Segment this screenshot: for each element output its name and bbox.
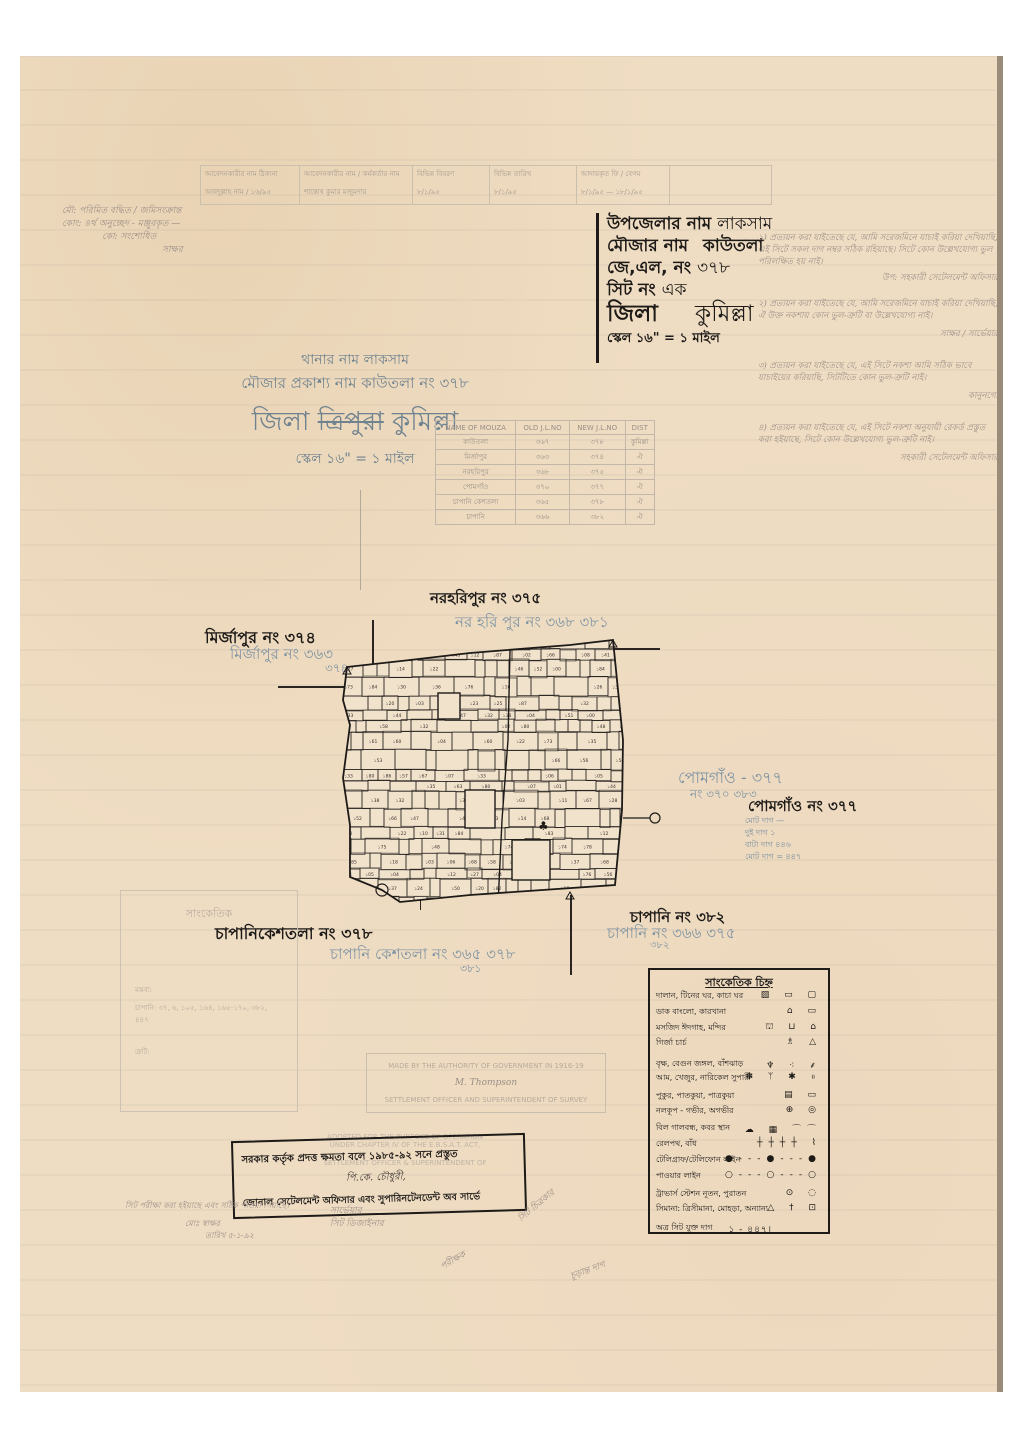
east-plot-notes: মোট দাগ — দুই দাগ ১ বাটা দাগ ৪৪৬ মোট দাগ…	[745, 815, 801, 863]
svg-text:১22: ১22	[430, 667, 439, 673]
svg-text:১37: ১37	[612, 685, 621, 691]
svg-text:১07: ১07	[527, 784, 536, 790]
svg-text:১32: ১32	[396, 798, 405, 804]
svg-text:১80: ১80	[482, 784, 491, 790]
mouza-table-cell: চাপানি	[436, 510, 516, 525]
svg-text:১38: ১38	[371, 798, 380, 804]
svg-text:১08: ১08	[620, 640, 629, 646]
legend-symbol-icon: ১ - ৪৪৭।	[728, 1222, 772, 1237]
svg-text:১58: ১58	[487, 860, 496, 866]
svg-text:১32: ১32	[420, 724, 429, 730]
mouza-table-row: মির্জাপুর৩৬৩৩৭৪ঐ	[436, 450, 655, 465]
note-top-left: মৌ: পরিমিত বদ্ধিত / জমিসংক্রান্ত কোং: ৪র…	[62, 205, 232, 257]
svg-text:১32: ১32	[484, 713, 493, 719]
svg-text:১14: ১14	[396, 667, 405, 673]
govt-stamp-line: MADE BY THE AUTHORITY OF GOVERNMENT IN 1…	[367, 1062, 605, 1070]
faint-legend-line: ত্রুটি:	[135, 1046, 297, 1058]
mouza-table-row: নরহরিপুর৩৬৮৩৭৫ঐ	[436, 465, 655, 480]
tree-icon: ♣	[538, 819, 549, 833]
mouza-table-cell: ঐ	[625, 510, 654, 525]
signature: সহকারী সেটেলমেন্ট অফিসার	[758, 452, 998, 464]
svg-text:১03: ১03	[516, 798, 525, 804]
svg-text:১02: ১02	[624, 816, 633, 822]
svg-text:১04: ১04	[493, 872, 502, 878]
svg-text:১57: ১57	[399, 774, 408, 780]
mouza-table: NAME OF MOUZA OLD J.L.NO NEW J.L.NO DIST…	[435, 420, 655, 525]
faint-legend-box: সাংকেতিক মন্তব্য: চাপানি: ৩৭, ৬, ১০৫, ১৬…	[120, 890, 298, 1112]
svg-text:১61: ১61	[632, 860, 641, 866]
svg-text:১33: ১33	[477, 774, 486, 780]
mouza-table-cell: নরহরিপুর	[436, 465, 516, 480]
legend-symbol-icon: ┼┼┼┼ ⌇	[757, 1138, 822, 1148]
svg-text:১26: ১26	[635, 886, 644, 892]
faint-legend-title: সাংকেতিক	[121, 905, 297, 924]
mouza-table-cell: মির্জাপুর	[436, 450, 516, 465]
faint-line	[360, 490, 361, 590]
legend-symbol-icon: ⌂ ▭	[787, 1006, 822, 1016]
sheet-label: সিট নং	[607, 280, 656, 300]
signature: উপ: সহকারী সেটেলমেন্ট অফিসার	[758, 272, 998, 284]
legend-item: গির্জা চার্চ♗ △	[656, 1037, 822, 1050]
svg-text:১12: ১12	[447, 872, 456, 878]
svg-text:১67: ১67	[419, 774, 428, 780]
svg-text:১51: ১51	[375, 653, 384, 659]
legend-item-label: পুকুর, পাতকুয়া, পাত্ৰকুয়া	[656, 1091, 734, 1100]
svg-text:১05: ১05	[365, 872, 374, 878]
legend-item: টেলিগ্রাফ/টেলিফোন লাইন●---●---●	[656, 1154, 822, 1167]
note-bottom-center: সার্ভেয়ার সিট ডিজাইনার	[330, 1205, 384, 1231]
svg-text:১25: ১25	[494, 701, 503, 707]
note-line: মৌ: পরিমিত বদ্ধিত / জমিসংক্রান্ত	[62, 205, 232, 218]
svg-text:১37: ১37	[545, 903, 554, 909]
svg-text:১18: ১18	[389, 860, 398, 866]
legend-symbol-icon: ☁ ▦ ⌒⌒	[745, 1122, 822, 1135]
mouza-table-cell: পোমগাঁও	[436, 480, 516, 495]
mouza-label: মৌজার নাম	[607, 235, 697, 257]
legend-item: পাওয়ার লাইন○---○---○	[656, 1170, 822, 1183]
legend-item: আম, খেজুর, নারিকেল সুপারী✽ ᛘ ✱ ⥮	[656, 1072, 822, 1085]
old-district-struck: ত্রিপুরা	[318, 407, 384, 437]
legend-item: সিমানা: ত্রিসীমানা, মোহড়া, অন্যান্য△ † …	[656, 1203, 822, 1216]
note-line: কো: সংশোধিত	[62, 231, 232, 244]
legend-symbol-icon: ●---●---●	[725, 1154, 822, 1164]
svg-text:১61: ১61	[369, 739, 378, 745]
legend-item: পুকুর, পাতকুয়া, পাত্ৰকুয়া▤ ▭	[656, 1090, 822, 1103]
mouza-table-cell: ৩৬৩	[516, 450, 570, 465]
svg-text:১87: ১87	[518, 701, 527, 707]
legend-box: সাংকেতিক চিহ্ন দালান, টিনের ঘর, কাচা ঘর▨…	[648, 968, 830, 1234]
svg-text:১04: ১04	[437, 739, 446, 745]
govt-stamp-signature: M. Thompson	[367, 1078, 605, 1088]
svg-text:১04: ১04	[390, 872, 399, 878]
svg-text:১11: ১11	[636, 784, 645, 790]
register-header: আবেদনকারীর নাম / কর্মকর্তার নাম	[304, 168, 400, 180]
legend-item-label: নলকূপ - গভীর, অগভীর	[656, 1106, 734, 1115]
svg-text:১73: ১73	[544, 739, 553, 745]
legend-item: বিল গালবন্ধ, কবর স্থান☁ ▦ ⌒⌒	[656, 1122, 822, 1135]
mouza-table-header: OLD J.L.NO	[516, 421, 570, 435]
register-value: ৮/১/৯৫	[417, 186, 440, 198]
svg-text:১02: ১02	[522, 653, 531, 659]
note-line: সাক্ষর	[62, 244, 232, 257]
boundary-east-old-note: নং ৩৭০ ৩৮৩	[690, 786, 757, 806]
svg-text:১11: ১11	[559, 798, 568, 804]
legend-item-label: গির্জা চার্চ	[656, 1038, 687, 1047]
svg-text:১80: ১80	[594, 903, 603, 909]
svg-text:১44: ১44	[402, 903, 411, 909]
legend-symbol-icon: ⊕ ◎	[786, 1105, 822, 1115]
legend-item-label: বিল গালবন্ধ, কবর স্থান	[656, 1123, 730, 1132]
svg-text:১00: ১00	[552, 667, 561, 673]
legend-item: দালান, টিনের ঘর, কাচা ঘর▨ ▭ ▢	[656, 990, 822, 1003]
legend-item-label: ডাক বাংলো, কারখানা	[656, 1007, 726, 1016]
register-col: আবেদনকারীর নাম / কর্মকর্তার নাম শান্তোষ …	[300, 166, 413, 204]
note-line: সিট পরীক্ষা করা হইয়াছে এবং সঠিক পাওয়া …	[125, 1200, 295, 1212]
mouza-table-row: চাপানি কেশতলা৩৬৫৩৭৮ঐ	[436, 495, 655, 510]
tri-junction-icon	[566, 892, 574, 899]
svg-text:১03: ১03	[425, 860, 434, 866]
svg-text:১27: ১27	[392, 640, 401, 646]
register-col: বিভিন্ন তারিখ ৮/১/৯৫	[490, 166, 577, 204]
mouza-table-header: NEW J.L.NO	[569, 421, 625, 435]
svg-text:১22: ১22	[398, 831, 407, 837]
certification-3: ৩) প্রত্যয়ন করা যাইতেছে যে, এই সিটে নকশ…	[758, 360, 998, 384]
svg-text:১84: ১84	[369, 685, 378, 691]
upazila-label: উপজেলার নাম	[607, 213, 711, 235]
mouza-value: কাউতলা	[703, 236, 763, 256]
svg-text:১76: ১76	[583, 872, 592, 878]
traverse-station-icon	[650, 813, 660, 823]
legend-symbol-icon: ♗ △	[786, 1037, 822, 1047]
svg-text:১75: ১75	[378, 845, 387, 851]
boundary-southwest-old-note: ৩৮১	[460, 960, 481, 979]
legend-symbol-icon: △ † ⊡	[767, 1203, 822, 1213]
register-value: আবদুল্লাহ নাম / ১৬/৯৫	[205, 186, 271, 198]
svg-text:১60: ১60	[484, 739, 493, 745]
certification-notes: ১) প্রত্যয়ন করা যাইতেছে যে, আমি সরেজমিন…	[758, 232, 998, 464]
mouza-table-cell: ৩৬৮	[516, 465, 570, 480]
mouza-table-row: চাপানি৩৬৬৩৮২ঐ	[436, 510, 655, 525]
mouza-table-cell: ঐ	[625, 450, 654, 465]
legend-item: ট্রাভার্স স্টেশন নূতন, পুরাতন⊙ ◌	[656, 1188, 822, 1201]
svg-text:১14: ১14	[518, 816, 527, 822]
svg-text:১50: ১50	[451, 886, 460, 892]
svg-text:১80: ১80	[366, 774, 375, 780]
boundary-southeast-old-note: ৩৮২	[650, 938, 670, 955]
svg-text:১48: ১48	[597, 724, 606, 730]
svg-text:১68: ১68	[468, 860, 477, 866]
preparation-signature: পি.কে. চৌধুরী,	[346, 1166, 524, 1188]
svg-text:১56: ১56	[604, 872, 613, 878]
svg-text:১86: ১86	[383, 774, 392, 780]
register-value: ৮/১/৯৫	[494, 186, 517, 198]
sheet-value: এক	[662, 280, 687, 300]
svg-text:১01: ১01	[553, 784, 562, 790]
boundary-southwest-old: চাপানি কেশতলা নং ৩৬৫ ৩৭৮	[330, 943, 515, 968]
svg-text:১01: ১01	[627, 653, 636, 659]
register-header: বিভিন্ন তারিখ	[494, 168, 531, 180]
svg-text:১06: ১06	[447, 860, 456, 866]
svg-text:১10: ১10	[419, 831, 428, 837]
register-table: আবেদনকারীর নাম ঠিকানা আবদুল্লাহ নাম / ১৬…	[200, 165, 772, 205]
svg-text:১48: ১48	[431, 845, 440, 851]
certification-4: ৪) প্রত্যয়ন করা যাইতেছে যে, এই সিটে নকশ…	[758, 422, 998, 446]
signature: সাক্ষর / সার্ভেয়ার	[758, 328, 998, 340]
svg-text:১41: ১41	[601, 653, 610, 659]
mouza-table-cell: ঐ	[625, 480, 654, 495]
svg-text:১66: ১66	[552, 758, 561, 764]
svg-text:১31: ১31	[436, 831, 445, 837]
district-label: জিলা	[607, 301, 687, 328]
svg-text:১26: ১26	[594, 685, 603, 691]
mouza-table-cell: কাউতলা	[436, 435, 516, 450]
register-col: বিভিন্ন বিবরণ ৮/১/৯৫	[413, 166, 490, 204]
certification-2: ২) প্রত্যয়ন করা যাইতেছে যে, আমি সরেজমিন…	[758, 298, 998, 322]
mouza-table-cell: ঐ	[625, 465, 654, 480]
svg-text:১76: ১76	[465, 685, 474, 691]
register-header: আদায়কৃত ফি / বেগম	[581, 168, 641, 180]
mouza-table-cell: কুমিল্লা	[625, 435, 654, 450]
svg-text:১06: ১06	[545, 774, 554, 780]
legend-symbol-icon: ⊙ ◌	[786, 1188, 822, 1198]
svg-text:১66: ১66	[388, 816, 397, 822]
mouza-table-cell: চাপানি কেশতলা	[436, 495, 516, 510]
mouza-table-cell: ৩৭০	[516, 480, 570, 495]
svg-text:১20: ১20	[475, 886, 484, 892]
svg-text:১47: ১47	[410, 816, 419, 822]
svg-text:১84: ১84	[455, 831, 464, 837]
signature: কানুনগো	[758, 390, 998, 402]
mouza-table-header: DIST	[625, 421, 654, 435]
cadastral-plot-map[interactable]: ১27১26১21১08১51১23১43১12১87১02১66১08১41১…	[270, 620, 670, 930]
old-district-label: জিলা	[252, 407, 310, 437]
register-value: শান্তোষ কুমার মজুমদার	[304, 186, 366, 198]
legend-symbol-icon: ⛫ ⊔ ⌂	[765, 1022, 822, 1033]
svg-text:১54: ১54	[339, 845, 348, 851]
svg-text:১87: ১87	[493, 653, 502, 659]
mouza-table-cell: ৩৭৭	[569, 480, 625, 495]
legend-item-label: অত্র সিট যুক্ত দাগ	[656, 1223, 713, 1232]
mouza-table-row: পোমগাঁও৩৭০৩৭৭ঐ	[436, 480, 655, 495]
svg-text:১61: ১61	[620, 903, 629, 909]
plot-note: বাটা দাগ ৪৪৬	[745, 839, 801, 851]
note-line: কোং: ৪র্থ অনুচ্ছেদ - মঞ্জুরকৃত —	[62, 218, 232, 231]
govt-stamp-line: SETTLEMENT OFFICER AND SUPERINTENDENT OF…	[367, 1096, 605, 1104]
svg-text:১84: ১84	[596, 667, 605, 673]
legend-item: অত্র সিট যুক্ত দাগ১ - ৪৪৭।	[656, 1222, 822, 1235]
legend-item-label: দালান, টিনের ঘর, কাচা ঘর	[656, 991, 743, 1000]
svg-text:১27: ১27	[470, 872, 479, 878]
legend-item-label: রেলপথ, বাঁধ	[656, 1139, 697, 1148]
register-header: বিভিন্ন বিবরণ	[417, 168, 454, 180]
svg-text:১80: ১80	[521, 724, 530, 730]
svg-text:১38: ১38	[503, 713, 512, 719]
plot-note: মোট দাগ —	[745, 815, 801, 827]
mouza-table-cell: ৩৮২	[569, 510, 625, 525]
svg-text:১63: ১63	[454, 784, 463, 790]
government-stamp: MADE BY THE AUTHORITY OF GOVERNMENT IN 1…	[366, 1053, 606, 1113]
preparation-line: সরকার কর্তৃক প্রদত্ত ক্ষমতা বলে ১৯৮৫-৯২ …	[241, 1145, 523, 1170]
faint-legend-line: চাপানি: ৩৭, ৬, ১০৫, ১৬৪, ১৬৫-১৭০, ৩৮২, ৪…	[135, 1002, 283, 1026]
svg-text:১32: ১32	[580, 701, 589, 707]
svg-text:১28: ১28	[609, 798, 618, 804]
svg-text:১04: ১04	[486, 903, 495, 909]
svg-text:১33: ১33	[344, 774, 353, 780]
svg-text:১58: ১58	[379, 724, 388, 730]
legend-item: নলকূপ - গভীর, অগভীর⊕ ◎	[656, 1105, 822, 1118]
svg-text:১67: ১67	[583, 798, 592, 804]
svg-text:১35: ১35	[588, 739, 597, 745]
svg-text:১30: ১30	[397, 685, 406, 691]
svg-text:১26: ১26	[421, 640, 430, 646]
svg-text:১60: ১60	[393, 739, 402, 745]
mouza-table-cell: ৩৭৮	[569, 435, 625, 450]
svg-text:১07: ১07	[445, 774, 454, 780]
legend-item-label: আম, খেজুর, নারিকেল সুপারী	[656, 1073, 751, 1082]
svg-text:১52: ১52	[353, 816, 362, 822]
svg-text:১37: ১37	[571, 860, 580, 866]
mouza-table-row: কাউতলা৩৬৭৩৭৮কুমিল্লা	[436, 435, 655, 450]
plot-note: দুই দাগ ১	[745, 827, 801, 839]
legend-item-label: ট্রাভার্স স্টেশন নূতন, পুরাতন	[656, 1189, 746, 1198]
svg-text:১20: ১20	[386, 701, 395, 707]
svg-text:১45: ১45	[622, 774, 631, 780]
svg-text:১46: ১46	[515, 903, 524, 909]
mouza-table-cell: ৩৬৫	[516, 495, 570, 510]
jl-label: জে,এল, নং	[607, 258, 691, 278]
svg-text:১37: ১37	[388, 886, 397, 892]
svg-text:১40: ১40	[345, 903, 354, 909]
plot-parcels: ১27১26১21১08১51১23১43১12১87১02১66১08১41১…	[330, 630, 664, 920]
svg-text:১68: ১68	[600, 860, 609, 866]
jl-value: ৩৭৮	[697, 258, 730, 278]
legend-item: বৃক্ষ, বেগুন জঙ্গল, বাঁশঝাড়♆ ⁖ ⸙	[656, 1058, 822, 1071]
svg-text:১74: ১74	[558, 845, 567, 851]
svg-text:১04: ১04	[438, 903, 447, 909]
svg-text:১35: ১35	[427, 784, 436, 790]
note-line: তারিখ ৫-১-৯২	[125, 1230, 295, 1242]
legend-item: মসজিদ ঈদগাহ, মন্দির⛫ ⊔ ⌂	[656, 1022, 822, 1035]
svg-text:১42: ১42	[619, 724, 628, 730]
svg-text:১53: ১53	[374, 758, 383, 764]
svg-text:১24: ১24	[414, 886, 423, 892]
legend-symbol-icon: ▤ ▭	[784, 1090, 822, 1100]
legend-symbol-icon: ♆ ⁖ ⸙	[766, 1058, 822, 1071]
svg-text:১21: ১21	[536, 640, 545, 646]
register-value: ৮/১/৯৫ — ১৮/১/৯৫	[581, 186, 643, 198]
legend-symbol-icon: ○---○---○	[725, 1170, 822, 1180]
legend-item: ডাক বাংলো, কারখানা⌂ ▭	[656, 1006, 822, 1019]
boundary-north-label: নরহরিপুর নং ৩৭৫	[430, 587, 541, 612]
note-line: সার্ভেয়ার	[330, 1205, 384, 1218]
svg-text:১81: ১81	[636, 798, 645, 804]
svg-text:১82: ১82	[493, 886, 502, 892]
mouza-table-cell: ৩৭৪	[569, 450, 625, 465]
mouza-table-cell: ৩৭৫	[569, 465, 625, 480]
legend-item-label: মসজিদ ঈদগাহ, মন্দির	[656, 1023, 726, 1032]
legend-item-label: সিমানা: ত্রিসীমানা, মোহড়া, অন্যান্য	[656, 1204, 768, 1213]
svg-text:১03: ১03	[627, 831, 636, 837]
register-header: আবেদনকারীর নাম ঠিকানা	[205, 168, 278, 180]
svg-text:১12: ১12	[600, 831, 609, 837]
mouza-table-cell: ৩৭৮	[569, 495, 625, 510]
certification-1: ১) প্রত্যয়ন করা যাইতেছে যে, আমি সরেজমিন…	[758, 232, 998, 268]
old-mouza: মৌজার প্রকাশ্য নাম কাউতলা নং ৩৭৮	[210, 372, 500, 397]
svg-text:১25: ১25	[620, 701, 629, 707]
svg-text:১36: ১36	[432, 685, 441, 691]
register-col: আবেদনকারীর নাম ঠিকানা আবদুল্লাহ নাম / ১৬…	[201, 166, 300, 204]
svg-text:১02: ১02	[502, 724, 511, 730]
svg-text:১66: ১66	[546, 653, 555, 659]
faint-legend-line: মন্তব্য:	[135, 984, 297, 996]
note-bottom-left: সিট পরীক্ষা করা হইয়াছে এবং সঠিক পাওয়া …	[125, 1200, 295, 1242]
svg-text:১44: ১44	[393, 713, 402, 719]
register-col: আদায়কৃত ফি / বেগম ৮/১/৯৫ — ১৮/১/৯৫	[577, 166, 670, 204]
old-thana: থানার নাম লাকসাম	[210, 348, 500, 372]
upazila-value: লাকসাম	[717, 214, 772, 234]
note-line: সিট ডিজাইনার	[330, 1218, 384, 1231]
legend-symbol-icon: ✽ ᛘ ✱ ⥮	[746, 1072, 822, 1082]
svg-text:১47: ১47	[339, 739, 348, 745]
svg-text:১04: ১04	[526, 713, 535, 719]
mouza-table-header: NAME OF MOUZA	[436, 421, 516, 435]
svg-text:১54: ১54	[617, 667, 626, 673]
plot-note: মোট দাগ = ৪৪৭	[745, 851, 801, 863]
svg-text:১46: ১46	[515, 667, 524, 673]
mouza-table-cell: ৩৬৬	[516, 510, 570, 525]
svg-text:১08: ১08	[581, 653, 590, 659]
svg-text:১56: ১56	[580, 758, 589, 764]
svg-text:১52: ১52	[534, 667, 543, 673]
legend-item-label: পাওয়ার লাইন	[656, 1171, 701, 1180]
svg-text:১05: ১05	[594, 774, 603, 780]
legend-item-label: বৃক্ষ, বেগুন জঙ্গল, বাঁশঝাড়	[656, 1059, 743, 1068]
svg-text:১22: ১22	[516, 739, 525, 745]
svg-text:১20: ১20	[624, 739, 633, 745]
svg-text:১20: ১20	[344, 831, 353, 837]
svg-text:১51: ১51	[565, 713, 574, 719]
svg-text:১00: ১00	[586, 713, 595, 719]
svg-text:১78: ১78	[583, 845, 592, 851]
district-value: কুমিল্লা	[695, 301, 753, 327]
legend-item: রেলপথ, বাঁধ┼┼┼┼ ⌇	[656, 1138, 822, 1151]
svg-text:১23: ১23	[470, 701, 479, 707]
note-line: মোঃ স্বাক্ষর	[125, 1218, 295, 1230]
svg-text:১03: ১03	[415, 701, 424, 707]
mouza-table-cell: ঐ	[625, 495, 654, 510]
svg-text:১44: ১44	[607, 784, 616, 790]
legend-symbol-icon: ▨ ▭ ▢	[761, 990, 822, 1000]
svg-text:১18: ১18	[359, 886, 368, 892]
mouza-table-cell: ৩৬৭	[516, 435, 570, 450]
